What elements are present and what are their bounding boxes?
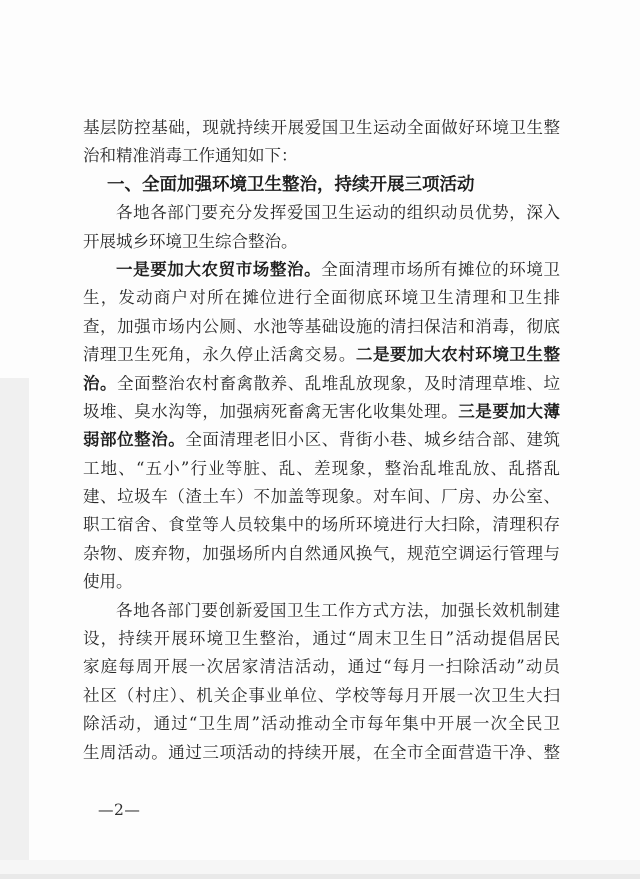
text-line: 圾堆、臭水沟等，加强病死畜禽无害化收集处理。三是要加大薄 xyxy=(83,398,560,426)
text-run: 设，持续开展环境卫生整治，通过“周末卫生日”活动提倡居民 xyxy=(83,629,560,648)
text-line: 生周活动。通过三项活动的持续开展，在全市全面营造干净、整 xyxy=(83,739,560,767)
text-run: 使用。 xyxy=(83,572,133,591)
text-line: 工地、“五小”行业等脏、乱、差现象，整治乱堆乱放、乱搭乱 xyxy=(83,455,560,483)
text-line: 弱部位整治。全面清理老旧小区、背街小巷、城乡结合部、建筑 xyxy=(83,426,560,454)
section-heading: 一、全面加强环境卫生整治，持续开展三项活动 xyxy=(83,171,560,199)
text-run: 建、垃圾车（渣土车）不加盖等现象。对车间、厂房、办公室、 xyxy=(83,487,560,506)
text-run: 清理卫生死角，永久停止活禽交易。 xyxy=(83,345,356,364)
text-run: 查，加强市场内公厕、水池等基础设施的清扫保洁和消毒，彻底 xyxy=(83,317,560,336)
bold-text-run: 一是要加大农贸市场整治。 xyxy=(116,260,321,279)
text-run: 开展城乡环境卫生综合整治。 xyxy=(83,232,298,251)
text-line: 治和精准消毒工作通知如下： xyxy=(83,142,560,170)
text-run: 杂物、废弃物，加强场所内自然通风换气，规范空调运行管理与 xyxy=(83,544,560,563)
text-run: 职工宿舍、食堂等人员较集中的场所环境进行大扫除，清理积存 xyxy=(83,515,560,534)
scan-artifact-left-strip xyxy=(0,378,29,879)
text-run: 全面清理老旧小区、背街小巷、城乡结合部、建筑 xyxy=(185,430,560,449)
bold-text-run: 一、全面加强环境卫生整治，持续开展三项活动 xyxy=(107,175,475,195)
bold-text-run: 治。 xyxy=(83,374,117,393)
text-line: 杂物、废弃物，加强场所内自然通风换气，规范空调运行管理与 xyxy=(83,540,560,568)
text-run: 社区（村庄）、机关企事业单位、学校等每月开展一次卫生大扫 xyxy=(83,686,560,705)
bold-text-run: 三是要加大薄 xyxy=(458,402,560,421)
text-run: 除活动，通过“卫生周”活动推动全市每年集中开展一次全民卫 xyxy=(83,714,560,733)
text-run: 圾堆、臭水沟等，加强病死畜禽无害化收集处理。 xyxy=(83,402,458,421)
text-line: 各地各部门要创新爱国卫生工作方式方法，加强长效机制建 xyxy=(83,597,560,625)
text-run: 各地各部门要创新爱国卫生工作方式方法，加强长效机制建 xyxy=(116,601,560,620)
text-line: 开展城乡环境卫生综合整治。 xyxy=(83,228,560,256)
text-run: 全面清理市场所有摊位的环境卫 xyxy=(321,260,560,279)
text-line: 设，持续开展环境卫生整治，通过“周末卫生日”活动提倡居民 xyxy=(83,625,560,653)
text-line: 除活动，通过“卫生周”活动推动全市每年集中开展一次全民卫 xyxy=(83,710,560,738)
text-line: 治。全面整治农村畜禽散养、乱堆乱放现象，及时清理草堆、垃 xyxy=(83,370,560,398)
text-line: 一是要加大农贸市场整治。全面清理市场所有摊位的环境卫 xyxy=(83,256,560,284)
text-line: 家庭每周开展一次居家清洁活动，通过“每月一扫除活动”动员 xyxy=(83,653,560,681)
text-line: 社区（村庄）、机关企事业单位、学校等每月开展一次卫生大扫 xyxy=(83,682,560,710)
bold-text-run: 弱部位整治。 xyxy=(83,430,185,449)
scan-artifact-bottom-edge xyxy=(0,874,640,879)
text-run: 生，发动商户对所在摊位进行全面彻底环境卫生清理和卫生排 xyxy=(83,288,560,307)
document-page: 基层防控基础，现就持续开展爱国卫生运动全面做好环境卫生整治和精准消毒工作通知如下… xyxy=(0,0,640,879)
text-run: 全面整治农村畜禽散养、乱堆乱放现象，及时清理草堆、垃 xyxy=(117,374,560,393)
text-run: 家庭每周开展一次居家清洁活动，通过“每月一扫除活动”动员 xyxy=(83,657,560,676)
text-line: 职工宿舍、食堂等人员较集中的场所环境进行大扫除，清理积存 xyxy=(83,511,560,539)
text-run: 基层防控基础，现就持续开展爱国卫生运动全面做好环境卫生整 xyxy=(83,118,560,137)
text-line: 建、垃圾车（渣土车）不加盖等现象。对车间、厂房、办公室、 xyxy=(83,483,560,511)
text-line: 查，加强市场内公厕、水池等基础设施的清扫保洁和消毒，彻底 xyxy=(83,313,560,341)
document-body: 基层防控基础，现就持续开展爱国卫生运动全面做好环境卫生整治和精准消毒工作通知如下… xyxy=(83,114,560,767)
text-line: 清理卫生死角，永久停止活禽交易。二是要加大农村环境卫生整 xyxy=(83,341,560,369)
text-line: 基层防控基础，现就持续开展爱国卫生运动全面做好环境卫生整 xyxy=(83,114,560,142)
page-number: —2— xyxy=(98,801,140,820)
text-run: 治和精准消毒工作通知如下： xyxy=(83,146,298,165)
text-run: 生周活动。通过三项活动的持续开展，在全市全面营造干净、整 xyxy=(83,743,560,762)
text-line: 各地各部门要充分发挥爱国卫生运动的组织动员优势，深入 xyxy=(83,199,560,227)
text-line: 生，发动商户对所在摊位进行全面彻底环境卫生清理和卫生排 xyxy=(83,284,560,312)
text-run: 各地各部门要充分发挥爱国卫生运动的组织动员优势，深入 xyxy=(116,203,560,222)
text-line: 使用。 xyxy=(83,568,560,596)
scan-artifact-bottom-band xyxy=(0,860,640,874)
bold-text-run: 二是要加大农村环境卫生整 xyxy=(356,345,560,364)
text-run: 工地、“五小”行业等脏、乱、差现象，整治乱堆乱放、乱搭乱 xyxy=(83,459,560,478)
